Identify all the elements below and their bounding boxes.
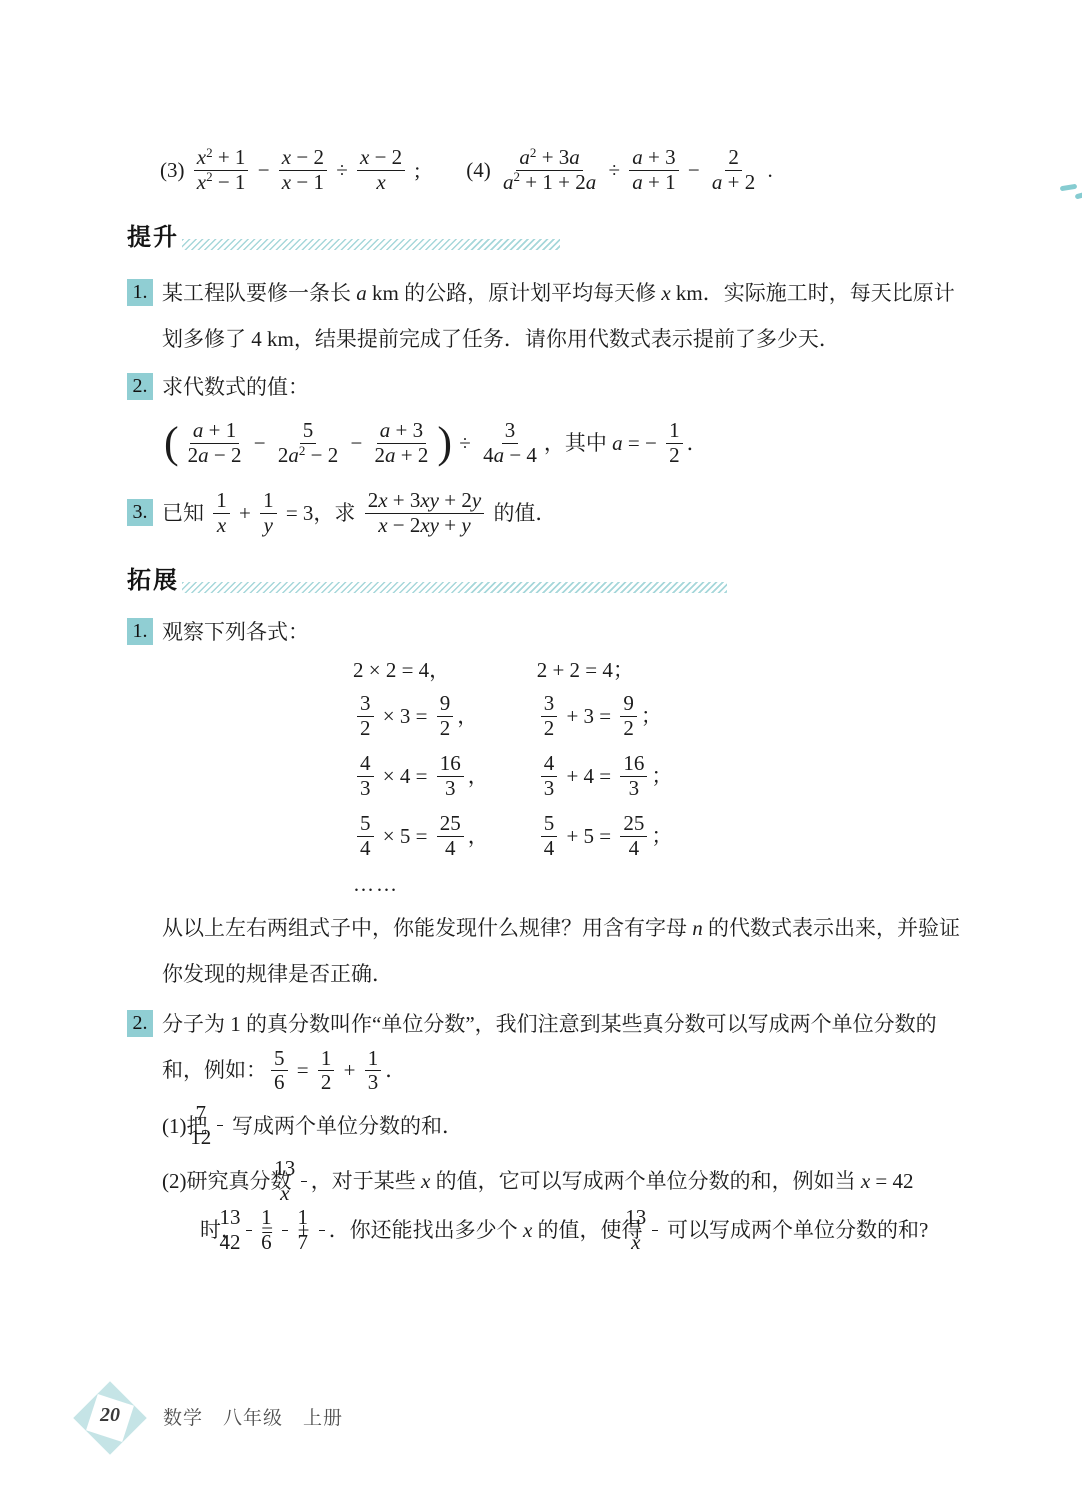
textbook-page: (3) x2 + 1x2 − 1 − x − 2x − 1 ÷ x − 2x ;…	[0, 0, 1082, 1508]
page-content: (3) x2 + 1x2 − 1 − x − 2x − 1 ÷ x − 2x ;…	[127, 148, 960, 1256]
section-header-improve: 提升	[127, 220, 960, 252]
pattern-equation: 32 + 3 = 92；	[537, 694, 673, 742]
pattern-ellipsis: ……	[353, 872, 960, 897]
section-hatch-decoration	[182, 582, 727, 593]
exercise-equations-row: (3) x2 + 1x2 − 1 − x − 2x − 1 ÷ x − 2x ;…	[160, 148, 960, 196]
pattern-equation: 54 + 5 = 254；	[537, 814, 673, 862]
section-hatch-decoration	[182, 239, 560, 250]
sub-question-2: (2)研究真分数 13x，对于某些 x 的值，它可以写成两个单位分数的和，例如当…	[162, 1158, 960, 1256]
problem-text: 求代数式的值：	[162, 375, 309, 399]
corner-decoration-dash-icon	[1060, 184, 1078, 192]
pattern-equation: 54 × 5 = 254，	[353, 814, 489, 862]
item-number-badge: 2.	[127, 373, 153, 400]
math-expression: 已知 1x + 1y = 3，求 2x + 3xy + 2yx − 2xy + …	[162, 501, 556, 525]
sub-question-1: (1)把 712 写成两个单位分数的和．	[162, 1103, 960, 1152]
item-number-badge: 1.	[127, 279, 153, 306]
exercise-item-expand-1: 1. 观察下列各式： 2 × 2 = 4， 2 + 2 = 4； 32 × 3 …	[127, 609, 960, 997]
section-title-improve: 提升	[127, 217, 179, 252]
item-number-badge: 3.	[127, 499, 153, 526]
equation-4: (4) a2 + 3aa2 + 1 + 2a ÷ a + 3a + 1 − 2a…	[466, 148, 773, 196]
item-number-badge: 2.	[127, 1010, 153, 1037]
exercise-item-improve-3: 3. 已知 1x + 1y = 3，求 2x + 3xy + 2yx − 2xy…	[127, 490, 960, 539]
pattern-equation: 43 + 4 = 163；	[537, 754, 673, 802]
equation-3: (3) x2 + 1x2 − 1 − x − 2x − 1 ÷ x − 2x ;	[160, 148, 420, 196]
math-expression: (a + 12a − 2 − 52a2 − 2 − a + 32a + 2) ÷…	[162, 414, 960, 472]
page-number: 20	[84, 1404, 136, 1427]
exercise-item-improve-2: 2. 求代数式的值： (a + 12a − 2 − 52a2 − 2 − a +…	[127, 364, 960, 478]
exercise-item-improve-1: 1. 某工程队要修一条长 a km 的公路，原计划平均每天修 x km．实际施工…	[127, 270, 960, 362]
item-number-badge: 1.	[127, 618, 153, 645]
pattern-equation: 2 × 2 = 4，	[353, 659, 489, 682]
book-title: 数学 八年级 上册	[163, 1403, 343, 1430]
problem-text: 分子为 1 的真分数叫作“单位分数”，我们注意到某些真分数可以写成两个单位分数的…	[162, 1001, 960, 1096]
pattern-equation: 2 + 2 = 4；	[537, 659, 673, 682]
problem-text: 观察下列各式：	[162, 620, 309, 644]
problem-text: 从以上左右两组式子中，你能发现什么规律？用含有字母 n 的代数式表示出来，并验证…	[162, 905, 960, 997]
section-header-expand: 拓展	[127, 563, 960, 595]
problem-text: 某工程队要修一条长 a km 的公路，原计划平均每天修 x km．实际施工时，每…	[162, 281, 955, 351]
corner-decoration-dash-icon	[1075, 191, 1082, 199]
section-title-expand: 拓展	[127, 560, 179, 595]
exercise-item-expand-2: 2. 分子为 1 的真分数叫作“单位分数”，我们注意到某些真分数可以写成两个单位…	[127, 1001, 960, 1256]
pattern-equation: 43 × 4 = 163，	[353, 754, 489, 802]
equation-pattern-grid: 2 × 2 = 4， 2 + 2 = 4； 32 × 3 = 92， 32 + …	[353, 659, 960, 862]
pattern-equation: 32 × 3 = 92，	[353, 694, 489, 742]
